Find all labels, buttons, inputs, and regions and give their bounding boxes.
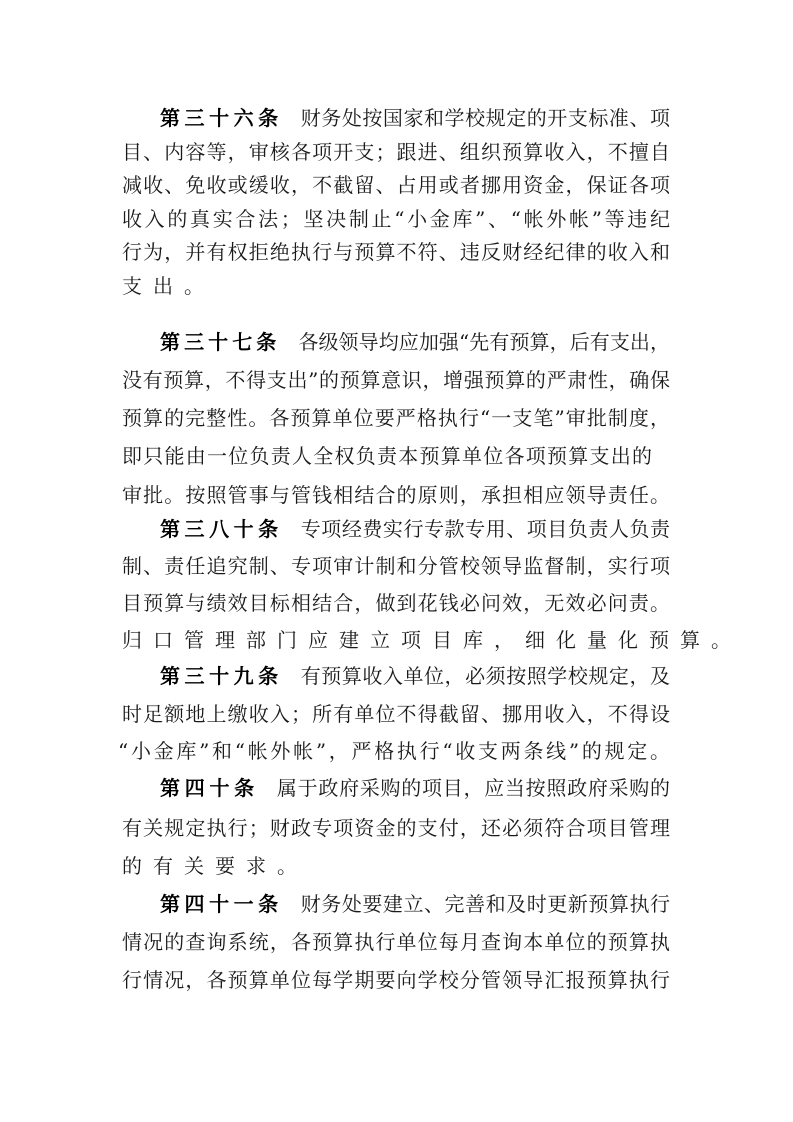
article-40-heading: 第四十条 bbox=[160, 776, 259, 800]
article-40-line-1: 第四十条属于政府采购的项目，应当按照政府采购的 bbox=[160, 773, 670, 803]
article-38-line-1: 第三八十条专项经费实行专款专用、项目负责人负责 bbox=[160, 514, 670, 544]
article-36-line-6: 支出。 bbox=[122, 271, 670, 301]
article-41-line-1: 第四十一条财务处要建立、完善和及时更新预算执行 bbox=[160, 889, 670, 919]
article-38-text-1: 专项经费实行专款专用、项目负责人负责 bbox=[301, 517, 670, 541]
article-36-line-5: 行为，并有权拒绝执行与预算不符、违反财经纪律的收入和 bbox=[122, 237, 670, 267]
article-36-line-2: 目、内容等，审核各项开支；跟进、组织预算收入，不擅自 bbox=[122, 137, 670, 167]
article-40-text-1: 属于政府采购的项目，应当按照政府采购的 bbox=[277, 776, 670, 800]
article-36-line-4: 收入的真实合法；坚决制止“小金库”、“帐外帐”等违纪 bbox=[122, 204, 670, 234]
article-39-text-1: 有预算收入单位，必须按照学校规定，及 bbox=[301, 664, 670, 688]
article-36-line-1: 第三十六条财务处按国家和学校规定的开支标准、项 bbox=[160, 103, 670, 133]
document-page: 第三十六条财务处按国家和学校规定的开支标准、项 目、内容等，审核各项开支；跟进、… bbox=[0, 0, 793, 1122]
article-36-text-1: 财务处按国家和学校规定的开支标准、项 bbox=[301, 106, 670, 130]
article-41-heading: 第四十一条 bbox=[160, 892, 283, 916]
article-37-line-4: 即只能由一位负责人全权负责本预算单位各项预算支出的 bbox=[122, 441, 652, 471]
article-39-line-1: 第三十九条有预算收入单位，必须按照学校规定，及 bbox=[160, 661, 670, 691]
article-37-text-1: 各级领导均应加强“先有预算，后有支出， bbox=[298, 330, 670, 354]
article-41-line-2: 情况的查询系统，各预算执行单位每月查询本单位的预算执 bbox=[122, 927, 670, 957]
article-36-heading: 第三十六条 bbox=[160, 106, 283, 130]
article-38-line-4: 归口管理部门应建立项目库，细化量化预算。 bbox=[122, 625, 670, 655]
article-39-line-3: “小金库”和“帐外帐”，严格执行“收支两条线”的规定。 bbox=[118, 736, 670, 766]
article-38-line-2: 制、责任追究制、专项审计制和分管校领导监督制，实行项 bbox=[122, 551, 670, 581]
article-40-line-3: 的有关要求。 bbox=[122, 851, 670, 881]
article-39-heading: 第三十九条 bbox=[160, 664, 283, 688]
article-41-line-3: 行情况，各预算单位每学期要向学校分管领导汇报预算执行 bbox=[122, 965, 670, 995]
article-36-line-3: 减收、免收或缓收，不截留、占用或者挪用资金，保证各项 bbox=[122, 170, 670, 200]
article-39-line-2: 时足额地上缴收入；所有单位不得截留、挪用收入，不得设 bbox=[122, 699, 670, 729]
article-38-line-3: 目预算与绩效目标相结合，做到花钱必问效，无效必问责。 bbox=[122, 588, 670, 618]
article-37-line-3: 预算的完整性。各预算单位要严格执行“一支笔”审批制度， bbox=[122, 403, 670, 433]
article-37-line-2: 没有预算，不得支出”的预算意识，增强预算的严肃性，确保 bbox=[122, 365, 670, 395]
article-37-heading: 第三十七条 bbox=[160, 330, 280, 354]
article-41-text-1: 财务处要建立、完善和及时更新预算执行 bbox=[301, 892, 670, 916]
article-40-line-2: 有关规定执行；财政专项资金的支付，还必须符合项目管理 bbox=[122, 813, 670, 843]
article-37-line-1: 第三十七条各级领导均应加强“先有预算，后有支出， bbox=[160, 327, 670, 357]
article-37-line-5: 审批。按照管事与管钱相结合的原则，承担相应领导责任。 bbox=[122, 480, 670, 510]
article-38-heading: 第三八十条 bbox=[160, 517, 283, 541]
